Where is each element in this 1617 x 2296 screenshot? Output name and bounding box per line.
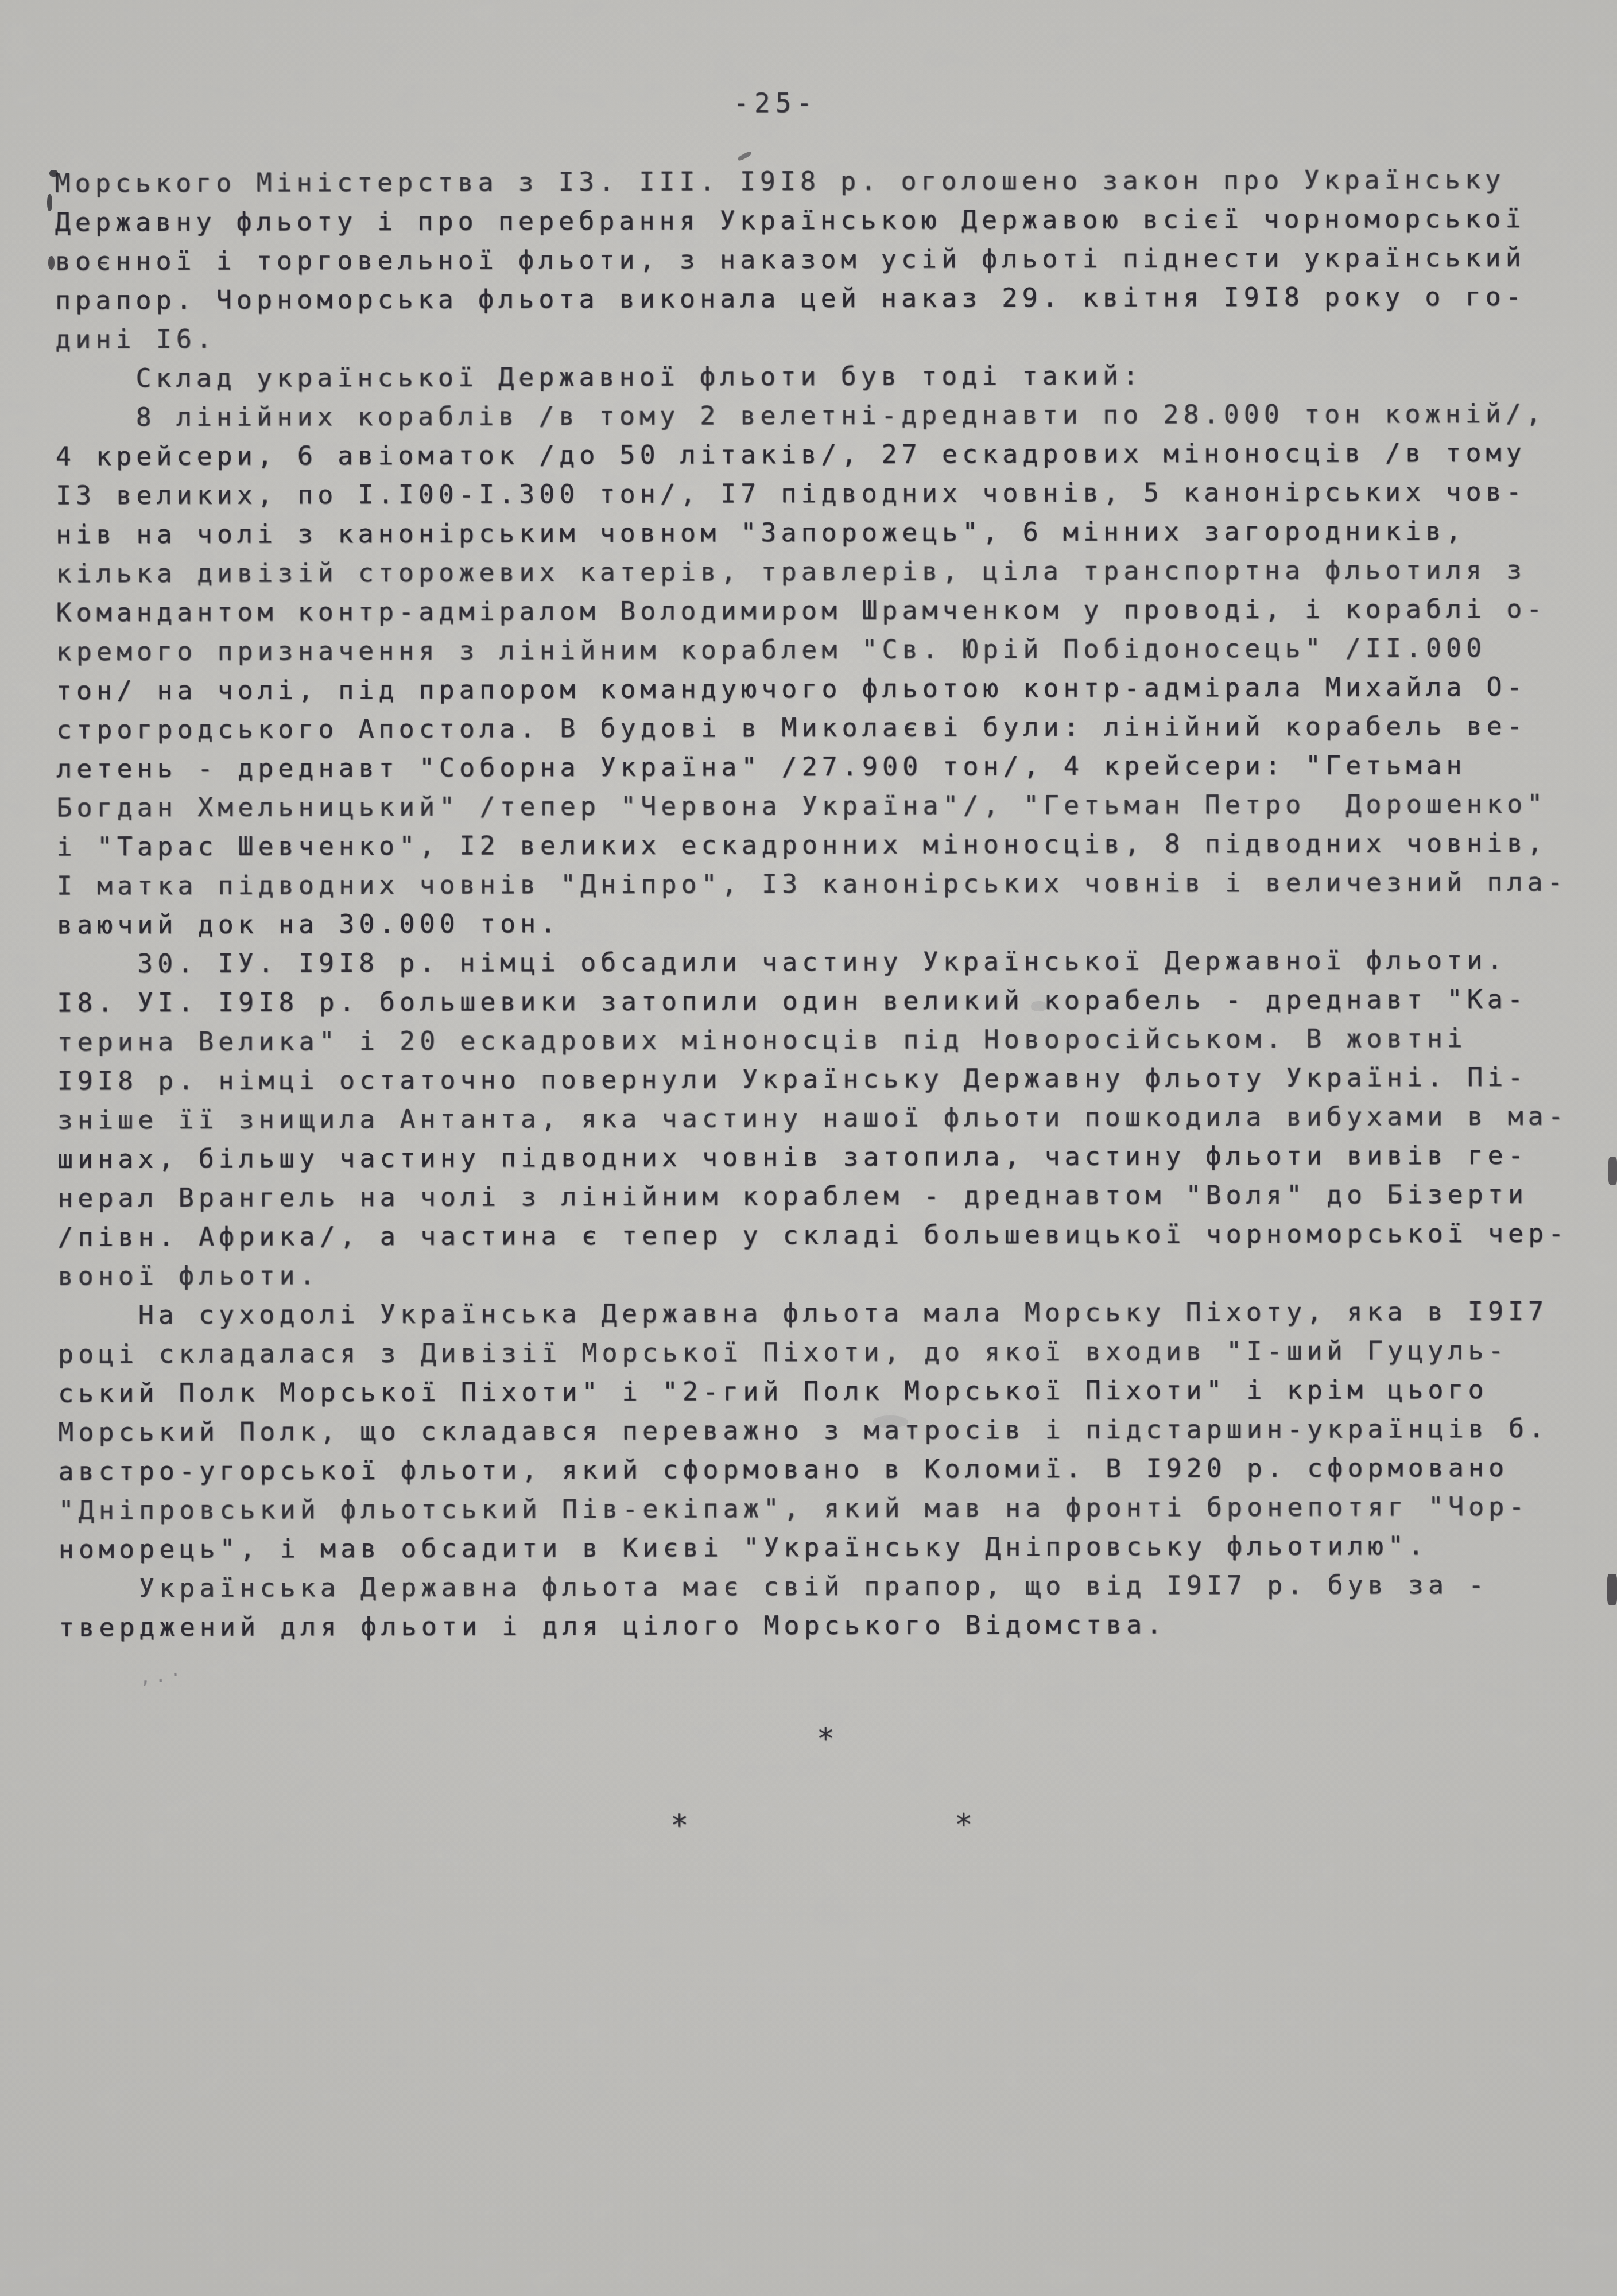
text-line: воної фльоти. <box>57 1253 1573 1296</box>
text-line: І матка підводних човнів "Дніпро", ІЗ ка… <box>57 863 1572 906</box>
scan-edge-mark <box>1608 1157 1617 1185</box>
text-line: дині І6. <box>55 316 1571 359</box>
text-line: терина Велика" і 20 ескадрових міноносці… <box>57 1019 1572 1062</box>
text-line: І8. УІ. І9І8 р. большевики затопили один… <box>57 980 1572 1023</box>
paper-stain <box>873 1415 908 1428</box>
text-line: воєнної і торговельної фльоти, з наказом… <box>55 238 1571 281</box>
text-line: кремого призначення з лінійним кораблем … <box>56 629 1572 672</box>
typewritten-content: -25- Морського Міністерства з І3. ІІІ. І… <box>0 0 1617 2296</box>
text-line: і "Тарас Шевченко", І2 великих ескадронн… <box>57 824 1572 867</box>
text-line: Склад української Державної фльоти був т… <box>55 355 1571 398</box>
text-line: ський Полк Морської Піхоти" і "2-гий Пол… <box>58 1370 1573 1413</box>
text-line: На суходолі Українська Державна фльота м… <box>58 1292 1573 1335</box>
text-line: тверджений для фльоти і для цілого Морсь… <box>59 1604 1574 1647</box>
text-line: Морський Полк, що складався переважно з … <box>58 1409 1573 1452</box>
text-line: нів на чолі з канонірським човном "Запор… <box>56 511 1571 554</box>
scanned-page: -25- Морського Міністерства з І3. ІІІ. І… <box>0 0 1617 2296</box>
page-number: -25- <box>733 87 817 118</box>
text-line: номорець", і мав обсадити в Києві "Украї… <box>59 1526 1574 1569</box>
text-line: Богдан Хмельницький" /тепер "Червона Укр… <box>56 785 1572 828</box>
text-line: 4 крейсери, 6 авіоматок /до 50 літаків/,… <box>56 433 1571 476</box>
scan-edge-mark <box>1607 1574 1617 1605</box>
section-break-asterisk-top: * <box>817 1722 835 1756</box>
pencil-smudge: ,.· <box>138 1662 185 1689</box>
section-break-asterisk-left: * <box>670 1809 688 1843</box>
text-line: Командантом контр-адміралом Володимиром … <box>56 589 1571 633</box>
text-line: році складалася з Дивізії Морської Піхот… <box>58 1331 1573 1374</box>
text-line: "Дніпровський фльотський Пів-екіпаж", як… <box>59 1487 1574 1530</box>
ink-speck <box>48 256 55 270</box>
text-line: ІЗ великих, по І.І00-І.300 тон/, І7 підв… <box>56 472 1571 515</box>
text-line: летень - дреднавт "Соборна Україна" /27.… <box>56 746 1572 789</box>
section-break-asterisk-right: * <box>955 1808 972 1842</box>
text-line: 30. ІУ. І9І8 р. німці обсадили частину У… <box>57 941 1572 984</box>
text-line: Морського Міністерства з І3. ІІІ. І9І8 р… <box>55 160 1571 203</box>
text-line: 8 лінійних кораблів /в тому 2 велетні-др… <box>56 394 1571 437</box>
ink-speck <box>49 170 58 177</box>
ink-speck <box>47 194 52 211</box>
document-lines: Морського Міністерства з І3. ІІІ. І9І8 р… <box>55 160 1575 1647</box>
text-line: тон/ на чолі, під прапором командуючого … <box>56 668 1572 711</box>
text-line: ваючий док на 30.000 тон. <box>57 902 1572 945</box>
text-line: шинах, більшу частину підводних човнів з… <box>57 1136 1573 1179</box>
text-line: зніше її знищила Антанта, яка частину на… <box>57 1097 1573 1140</box>
text-line: прапор. Чорноморська фльота виконала цей… <box>55 277 1571 320</box>
text-line: Українська Державна фльота має свій прап… <box>59 1565 1574 1608</box>
text-line: нерал Врангель на чолі з лінійним корабл… <box>57 1175 1573 1218</box>
text-line: кілька дивізій сторожевих катерів, травл… <box>56 550 1571 594</box>
text-line: австро-угорської фльоти, який сформовано… <box>58 1448 1573 1491</box>
text-line: строгродського Апостола. В будові в Мико… <box>56 707 1572 750</box>
text-line: І9І8 р. німці остаточно повернули Україн… <box>57 1058 1573 1101</box>
text-line: /півн. Африка/, а частина є тепер у скла… <box>57 1214 1573 1257</box>
text-line: Державну фльоту і про перебрання Українс… <box>55 199 1571 242</box>
paper-stain <box>1031 1001 1047 1011</box>
